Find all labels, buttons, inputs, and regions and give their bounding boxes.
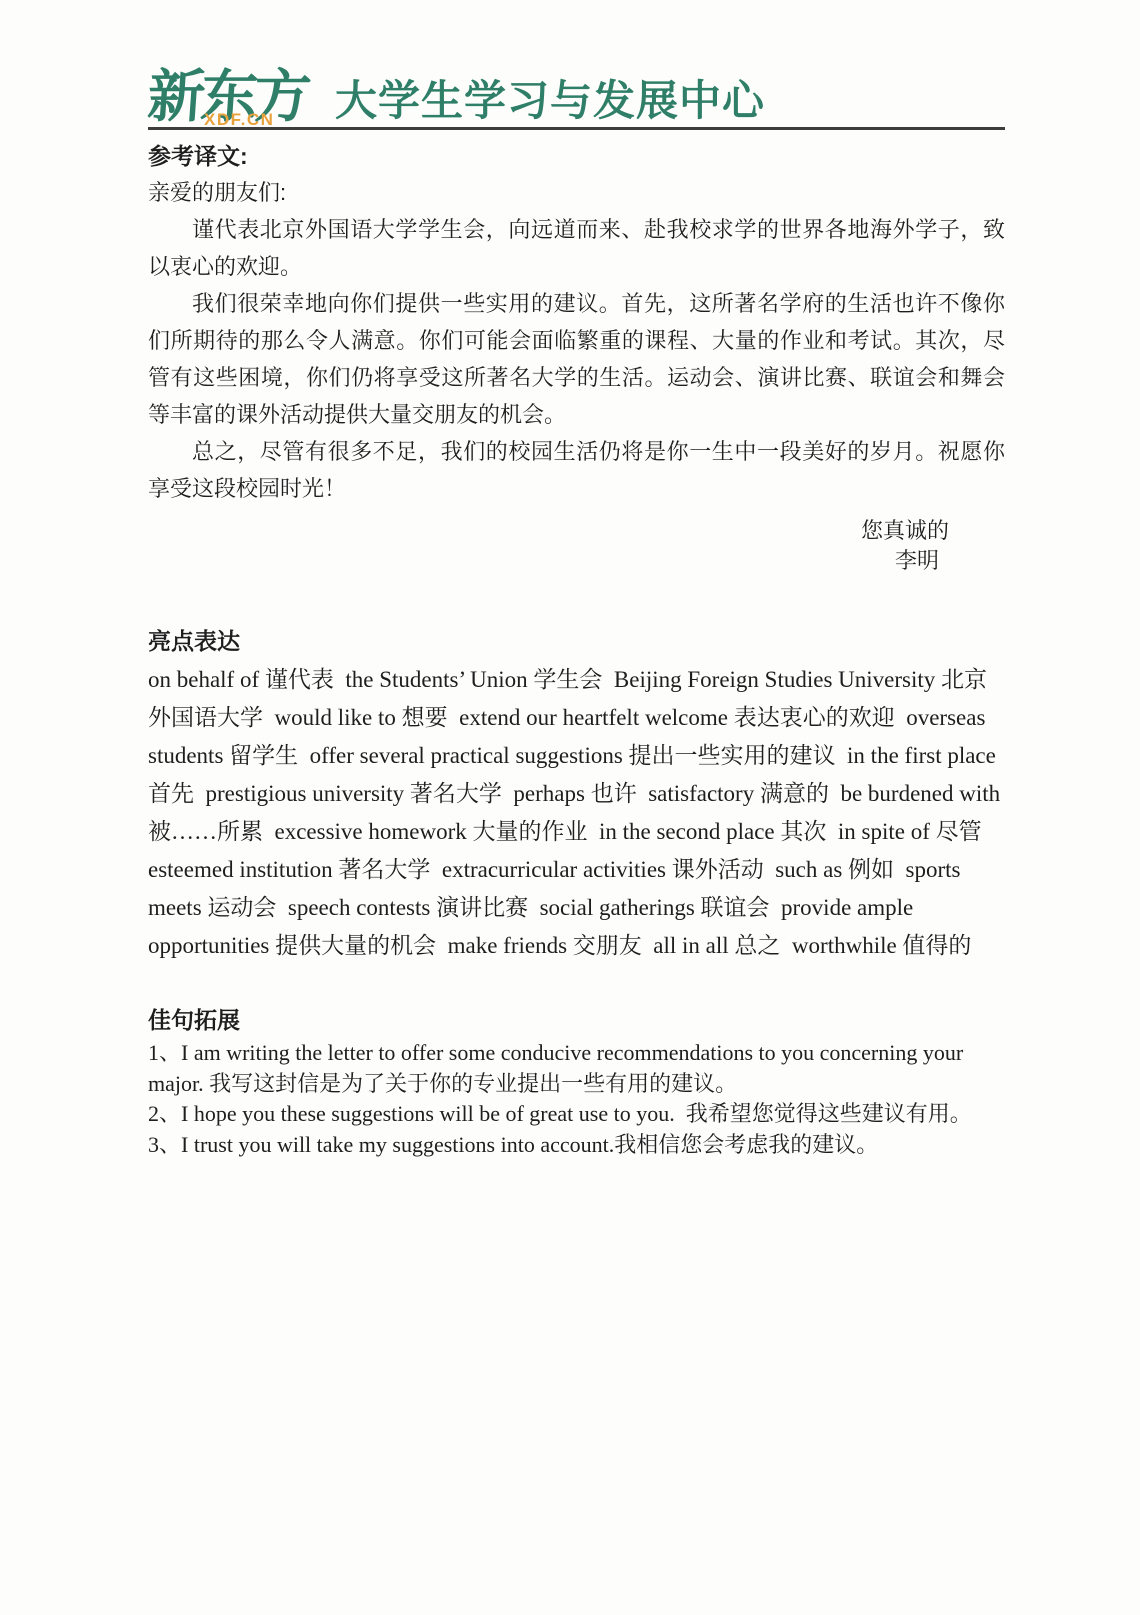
document-content: 参考译文: 亲爱的朋友们: 谨代表北京外国语大学学生会，向远道而来、赴我校求学的… [0, 138, 1140, 1160]
highlight-expressions-section: 亮点表达 on behalf of 谨代表 the Students’ Unio… [148, 623, 1005, 965]
sentences-heading: 佳句拓展 [148, 1002, 1005, 1038]
letter-signature: 李明 [148, 546, 1005, 576]
reference-translation-section: 参考译文: 亲爱的朋友们: 谨代表北京外国语大学学生会，向远道而来、赴我校求学的… [148, 138, 1005, 576]
letter-paragraph-2: 我们很荣幸地向你们提供一些实用的建议。首先，这所著名学府的生活也许不像你们所期待… [148, 285, 1005, 433]
letter-paragraph-1: 谨代表北京外国语大学学生会，向远道而来、赴我校求学的世界各地海外学子，致以衷心的… [148, 211, 1005, 285]
xdf-logo: 新东方 XDF.CN [148, 70, 319, 124]
sentence-item-1: 1、I am writing the letter to offer some … [148, 1038, 1005, 1099]
letter-closing: 您真诚的 [148, 516, 1005, 546]
sentence-expansion-section: 佳句拓展 1、I am writing the letter to offer … [148, 1002, 1005, 1160]
highlights-heading: 亮点表达 [148, 623, 1005, 659]
translation-heading: 参考译文: [148, 138, 1005, 174]
letter-paragraph-3: 总之，尽管有很多不足，我们的校园生活仍将是你一生中一段美好的岁月。祝愿你享受这段… [148, 433, 1005, 507]
sentence-item-2: 2、I hope you these suggestions will be o… [148, 1099, 1005, 1130]
logo-domain-text: XDF.CN [204, 110, 274, 130]
letter-salutation: 亲爱的朋友们: [148, 174, 1005, 211]
header: 新东方 XDF.CN 大学生学习与发展中心 [0, 0, 1140, 124]
vocabulary-list: on behalf of 谨代表 the Students’ Union 学生会… [148, 661, 1005, 965]
document-page: 新东方 XDF.CN 大学生学习与发展中心 参考译文: 亲爱的朋友们: 谨代表北… [0, 0, 1140, 1615]
center-title: 大学生学习与发展中心 [335, 79, 765, 124]
sentence-item-3: 3、I trust you will take my suggestions i… [148, 1130, 1005, 1161]
